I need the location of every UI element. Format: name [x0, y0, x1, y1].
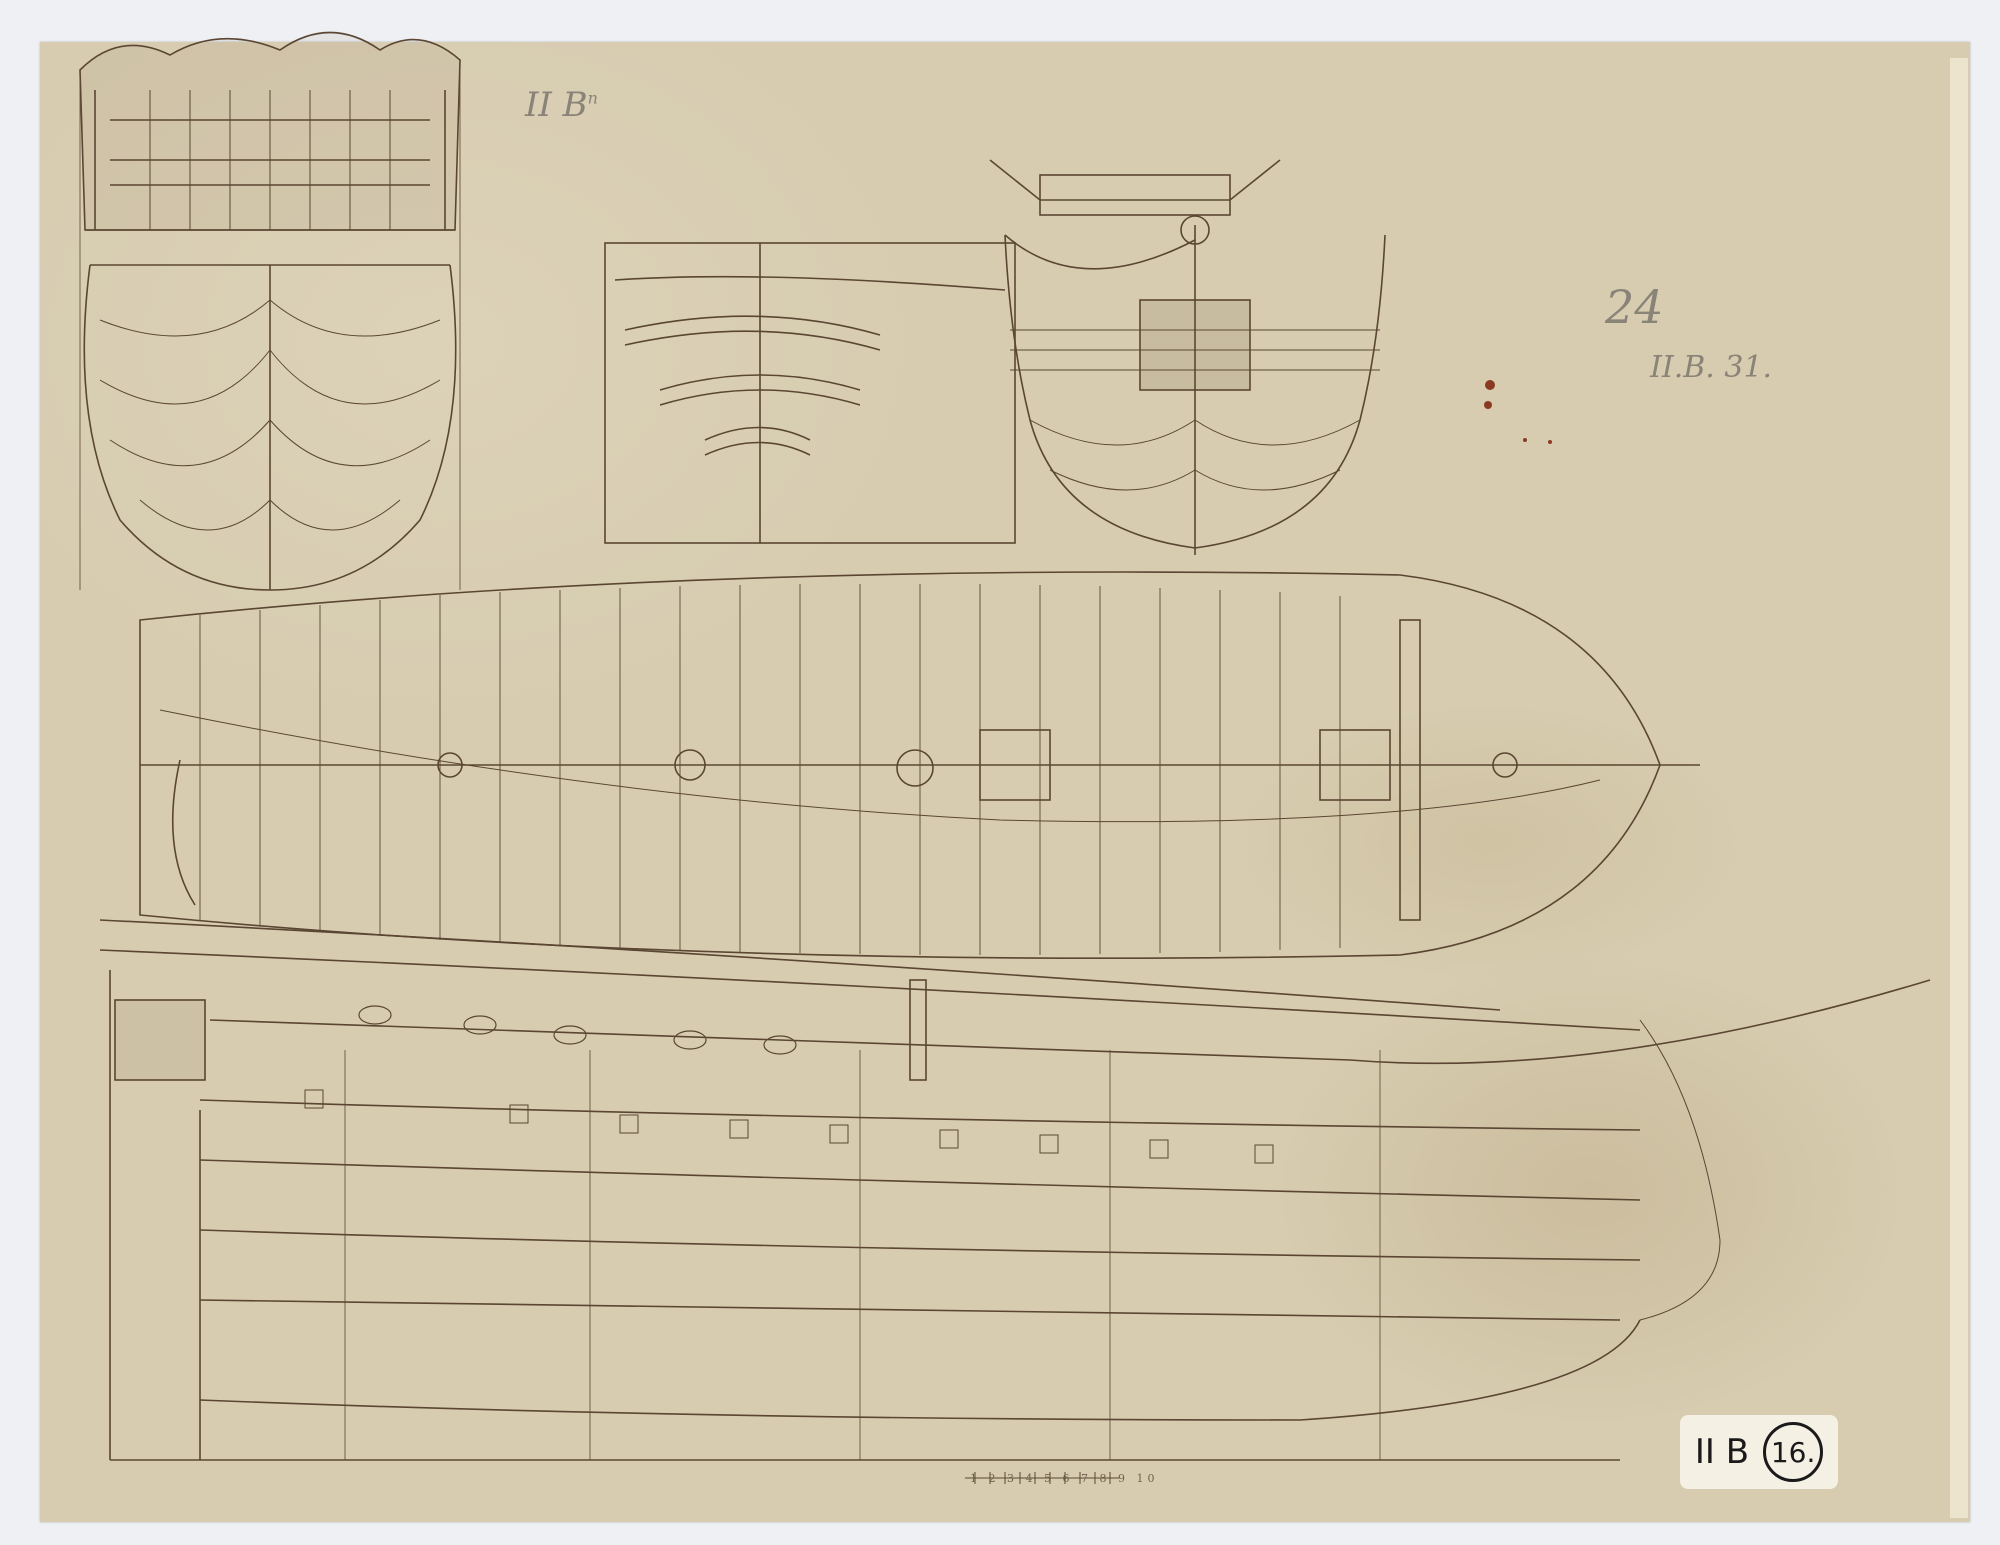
ship-draught-drawing: [0, 0, 2000, 1545]
archive-label-number: 16.: [1763, 1422, 1823, 1482]
ink-stains: [1484, 380, 1552, 444]
stern-view: [80, 33, 460, 591]
pencil-annotation-reference: II.B. 31.: [1650, 350, 1772, 385]
frame-sections-view: [605, 243, 1015, 543]
archive-label-series: II B: [1695, 1432, 1749, 1472]
deck-plan-view: [140, 572, 1700, 958]
archive-label: II B 16.: [1680, 1415, 1838, 1489]
bow-view: [990, 160, 1385, 555]
pencil-annotation-top-left: II Bn: [525, 85, 598, 125]
side-profile-view: [100, 920, 1930, 1460]
scale-bar-labels: 1 2 3 4 5 6 7 8 9 10: [970, 1472, 1158, 1485]
pencil-annotation-number: 24: [1605, 280, 1664, 334]
